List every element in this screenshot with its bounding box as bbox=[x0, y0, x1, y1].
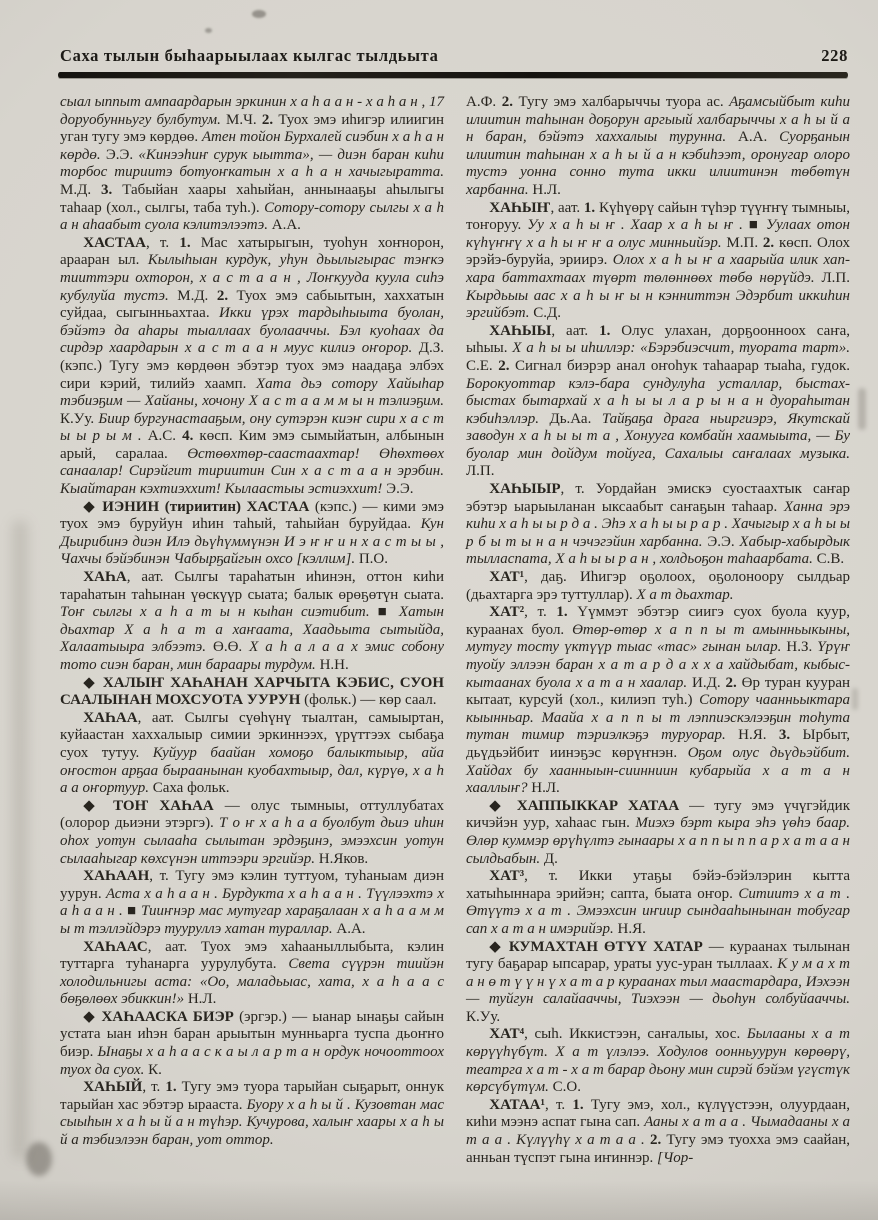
text-run: Л.П. bbox=[815, 270, 850, 286]
text-run: 2. bbox=[498, 358, 509, 374]
text-run: ХАСТАА bbox=[83, 235, 146, 251]
text-run: Саха фольк. bbox=[149, 780, 230, 796]
text-run: , т. bbox=[146, 235, 179, 251]
text-run: С.О. bbox=[549, 1079, 581, 1095]
dictionary-entry: ХАҺЫҤ, аат. 1. Күһүөрү сайын түһэр түүҥҥ… bbox=[466, 200, 850, 323]
dictionary-entry: ◆ КУМАХТАН ӨТҮҮ ХАТАР — кураанах тылынан… bbox=[466, 939, 850, 1027]
text-run: [Чор- bbox=[657, 1150, 693, 1166]
text-run: ХАТ¹ bbox=[489, 569, 524, 585]
page-header: Саха тылын быһаарыылаах кылгас тылдьыта … bbox=[60, 46, 848, 66]
text-run: , аат. bbox=[550, 200, 583, 216]
text-run: 2. bbox=[650, 1132, 661, 1148]
text-run: ■ bbox=[370, 604, 399, 620]
text-run: ХАТ⁴ bbox=[489, 1026, 524, 1042]
text-run: Л.П. bbox=[466, 463, 495, 479]
dictionary-entry: ХАТ⁴, сыһ. Иккистээн, саҥалыы, хос. Была… bbox=[466, 1026, 850, 1096]
text-run: ХАТ² bbox=[489, 604, 524, 620]
text-run: Уу х а һ ы ҥ . Хаар х а һ ы ҥ . bbox=[527, 217, 743, 233]
text-run: Х а һ ы ы иһиллэр: «Бэрэбиэсчит, туората… bbox=[512, 340, 850, 356]
text-run: ◆ ХАҺААСКА БИЭР bbox=[83, 1009, 234, 1025]
text-run: 2. bbox=[763, 235, 774, 251]
text-run: ХАҺА bbox=[83, 569, 127, 585]
dictionary-entry: ХАТ³, т. Икки утаҕы бэйэ-бэйэлэрин кытта… bbox=[466, 868, 850, 938]
text-run: А.А. bbox=[268, 217, 301, 233]
text-run: ■ bbox=[123, 903, 141, 919]
text-run: , т. bbox=[524, 604, 556, 620]
text-run: Дь.Аа. bbox=[539, 411, 602, 427]
text-run: Э.Э. bbox=[703, 534, 740, 550]
dictionary-entry: ХАҺААН, т. Тугу эмэ кэлин туттуом, туһан… bbox=[60, 868, 444, 938]
text-run: Кырдьыы аас х а һ ы ҥ ы н кэнниттэн Эдэр… bbox=[466, 288, 850, 322]
text-run: М.Д. bbox=[60, 182, 101, 198]
text-run: Н.Н. bbox=[316, 657, 349, 673]
text-run: Д. bbox=[540, 851, 558, 867]
scan-speck bbox=[205, 28, 212, 33]
scanned-dictionary-page: Саха тылын быһаарыылаах кылгас тылдьыта … bbox=[0, 0, 878, 1220]
text-run: А.Ф. bbox=[466, 94, 502, 110]
dictionary-entry: ХАҺЫЫ, аат. 1. Олус улахан, дорҕоонноох … bbox=[466, 323, 850, 481]
text-run: Тугу эмэ халбарыччы туора ас. bbox=[513, 94, 729, 110]
dictionary-entry: ◆ ХАЛЫҤ ХАҺАНАН ХАРЧЫТА КЭБИС, СУОН СААЛ… bbox=[60, 675, 444, 710]
text-run: Ынаҕы х а һ а а с к а ы л а р т а н орду… bbox=[60, 1044, 444, 1078]
text-run: , аат. bbox=[551, 323, 599, 339]
text-run: ХАҺААН bbox=[83, 868, 149, 884]
text-run: 1. bbox=[584, 200, 595, 216]
text-run: , т. bbox=[545, 1097, 572, 1113]
dictionary-entry: ХАТ², т. 1. Үүммэт эбэтэр сиигэ суох буо… bbox=[466, 604, 850, 798]
dictionary-entry: ◆ ТОҤ ХАҺАА — олус тымныы, оттуллубатах … bbox=[60, 798, 444, 868]
text-run: И.Д. bbox=[687, 675, 725, 691]
dictionary-entry: ХАТ¹, даҕ. Иһигэр оҕолоох, оҕолоноору сы… bbox=[466, 569, 850, 604]
text-run: ХАҺЫҤ bbox=[489, 200, 550, 216]
text-run: 3. bbox=[779, 727, 790, 743]
text-run: 1. bbox=[165, 1079, 176, 1095]
scan-speck bbox=[852, 688, 858, 710]
text-run: Н.Я. bbox=[726, 727, 779, 743]
text-columns: сыал ыппыт ампаардарын эркинин х а һ а а… bbox=[60, 94, 850, 1134]
text-run: М.П. bbox=[722, 235, 763, 251]
text-run: 1. bbox=[556, 604, 567, 620]
text-run: (фольк.) — көр саал. bbox=[300, 692, 436, 708]
text-run: Н.Л. bbox=[184, 991, 216, 1007]
text-run: 2. bbox=[262, 112, 273, 128]
text-run: 4. bbox=[182, 428, 193, 444]
text-run: С.В. bbox=[813, 551, 844, 567]
dictionary-entry: А.Ф. 2. Тугу эмэ халбарыччы туора ас. Аҕ… bbox=[466, 94, 850, 200]
text-run: Н.Л. bbox=[528, 780, 560, 796]
text-run: А.А. bbox=[333, 921, 366, 937]
text-run: Э.Э. bbox=[101, 147, 139, 163]
text-run: Ө.Ө. bbox=[206, 639, 249, 655]
text-run: , т. bbox=[142, 1079, 165, 1095]
dictionary-entry: ХАТАА¹, т. 1. Тугу эмэ, хол., күлүүстээн… bbox=[466, 1097, 850, 1167]
text-run: ХАҺЫЫР bbox=[489, 481, 560, 497]
scan-speck bbox=[858, 388, 866, 430]
text-run: ◆ ХАППЫККАР ХАТАА bbox=[489, 798, 679, 814]
text-run: К.Уу. bbox=[60, 411, 98, 427]
text-run: 2. bbox=[217, 288, 228, 304]
right-column: А.Ф. 2. Тугу эмэ халбарыччы туора ас. Аҕ… bbox=[466, 94, 850, 1134]
dictionary-entry: ХАСТАА, т. 1. Мас хатырыгын, туоһун хоҥн… bbox=[60, 235, 444, 499]
text-run: А.С. bbox=[142, 428, 182, 444]
text-run: М.Ч. bbox=[221, 112, 262, 128]
text-run: А.А. bbox=[726, 129, 779, 145]
text-run: ХАҺЫЙ bbox=[83, 1079, 142, 1095]
text-run: Э.Э. bbox=[382, 481, 413, 497]
text-run: 2. bbox=[725, 675, 736, 691]
text-run: К.Уу. bbox=[466, 1009, 500, 1025]
text-run: ХАҺЫЫ bbox=[489, 323, 551, 339]
text-run: ХАТАА¹ bbox=[489, 1097, 545, 1113]
text-run: 1. bbox=[179, 235, 190, 251]
text-run: Сигнал биэрэр анал оҥоһук таһаарар тыаһа… bbox=[509, 358, 850, 374]
text-run: Н.Я. bbox=[614, 921, 646, 937]
dictionary-entry: ХАҺАА, аат. Сылгы сүөһүнү тыалтан, самыы… bbox=[60, 710, 444, 798]
text-run: Н.З. bbox=[781, 639, 817, 655]
scan-stain-left bbox=[12, 520, 28, 1160]
dictionary-entry: ◆ ХАППЫККАР ХАТАА — тугу эмэ үчүгэйдик к… bbox=[466, 798, 850, 868]
text-run: ◆ ТОҤ ХАҺАА bbox=[83, 798, 214, 814]
text-run: Н.Л. bbox=[529, 182, 561, 198]
text-run: 3. bbox=[101, 182, 112, 198]
dictionary-entry: ХАҺЫЙ, т. 1. Тугу эмэ туора тарыйан сыҕа… bbox=[60, 1079, 444, 1149]
text-run: ХАҺАА bbox=[83, 710, 137, 726]
text-run: , сыһ. Иккистээн, саҥалыы, хос. bbox=[524, 1026, 747, 1042]
header-rule bbox=[58, 72, 848, 78]
text-run: М.Д. bbox=[169, 288, 217, 304]
dictionary-entry: ХАҺААС, аат. Туох эмэ хаһааныллыбыта, кэ… bbox=[60, 939, 444, 1009]
text-run: К. bbox=[144, 1062, 162, 1078]
dictionary-entry: сыал ыппыт ампаардарын эркинин х а һ а а… bbox=[60, 94, 444, 235]
scan-stain-bottom-left bbox=[26, 1142, 52, 1176]
scan-shadow bbox=[0, 1180, 878, 1220]
text-run: ХАТ³ bbox=[489, 868, 524, 884]
text-run: П.О. bbox=[355, 551, 388, 567]
dictionary-entry: ХАҺЫЫР, т. Уордайан эмискэ суостаахтык с… bbox=[466, 481, 850, 569]
text-run: ◆ КУМАХТАН ӨТҮҮ ХАТАР bbox=[489, 939, 703, 955]
dictionary-entry: ◆ ИЭНИН (тириитин) ХАСТАА (кэпс.) — кими… bbox=[60, 499, 444, 569]
text-run: С.Д. bbox=[530, 305, 562, 321]
text-run: Тоҥ сылгы х а һ а т ы н кыһан сиэтибит. bbox=[60, 604, 370, 620]
scan-speck bbox=[252, 10, 266, 18]
text-run: 1. bbox=[572, 1097, 583, 1113]
text-run: ХАҺААС bbox=[83, 939, 147, 955]
page-number: 228 bbox=[821, 46, 848, 66]
text-run: 2. bbox=[502, 94, 513, 110]
running-title: Саха тылын быһаарыылаах кылгас тылдьыта bbox=[60, 46, 439, 66]
left-column: сыал ыппыт ампаардарын эркинин х а һ а а… bbox=[60, 94, 444, 1134]
text-run: ◆ ИЭНИН (тириитин) ХАСТАА bbox=[83, 499, 309, 515]
dictionary-entry: ХАҺА, аат. Сылгы тараһатын иһинэн, оттон… bbox=[60, 569, 444, 675]
text-run: С.Е. bbox=[466, 358, 498, 374]
text-run: ■ bbox=[743, 217, 766, 233]
text-run: 1. bbox=[599, 323, 610, 339]
text-run: Х а т дьахтар. bbox=[636, 587, 733, 603]
text-run: Н.Яков. bbox=[315, 851, 368, 867]
dictionary-entry: ◆ ХАҺААСКА БИЭР (эргэр.) — ыанар ынаҕы с… bbox=[60, 1009, 444, 1079]
